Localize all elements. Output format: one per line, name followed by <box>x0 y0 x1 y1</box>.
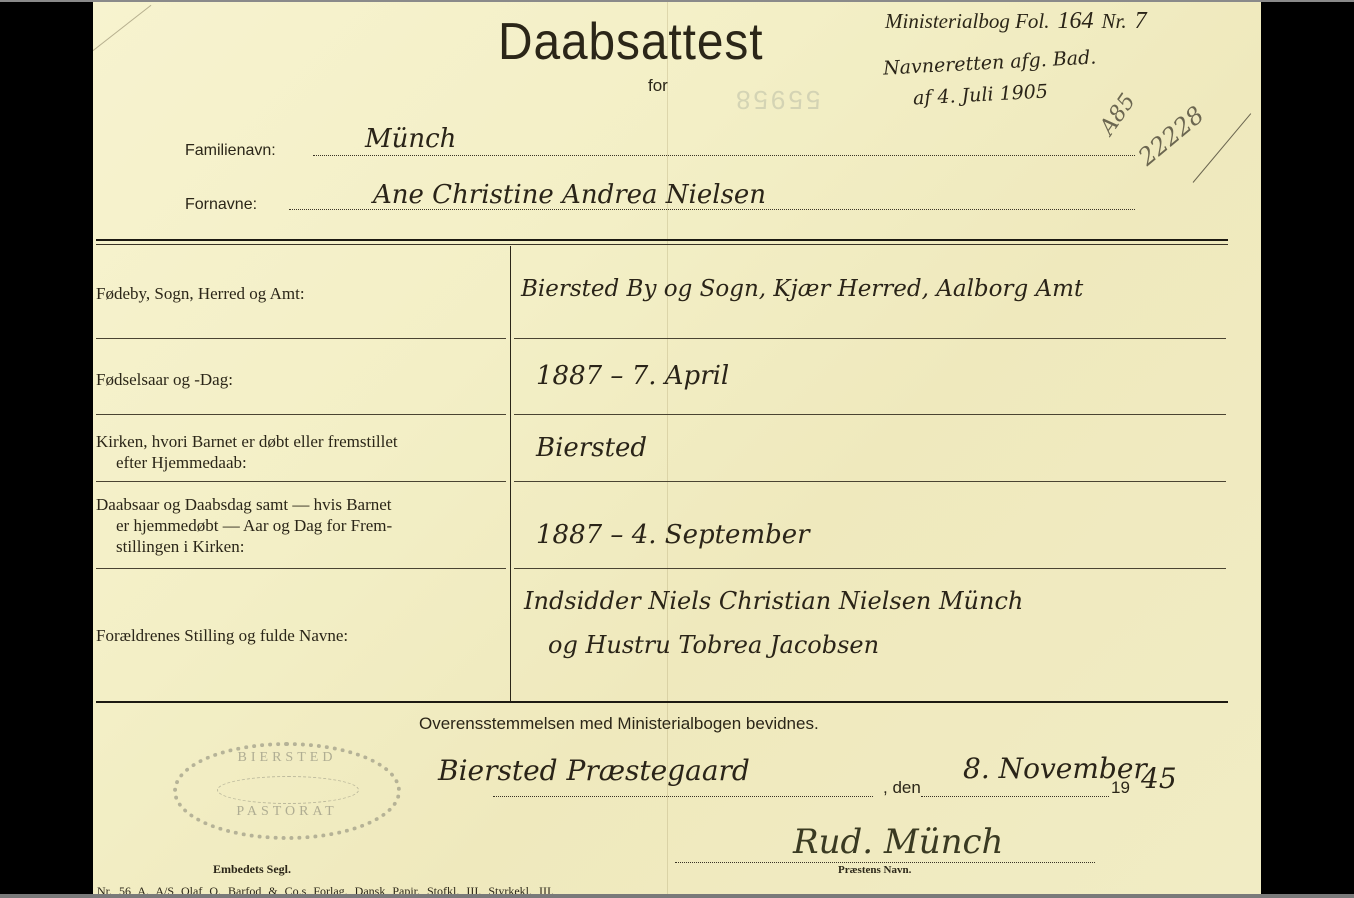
seal-bottom-text: PASTORAT <box>217 804 357 820</box>
ministerialbog-reference: Ministerialbog Fol.164Nr.7 <box>885 8 1155 35</box>
familienavn-dotted-line <box>313 155 1135 156</box>
folio-value: 164 <box>1058 8 1094 34</box>
confirmation-statement: Overensstemmelsen med Ministerialbogen b… <box>419 714 819 734</box>
nr-value: 7 <box>1135 8 1147 34</box>
row-value: Biersted By og Sogn, Kjær Herred, Aalbor… <box>521 276 1083 302</box>
pencil-note-a: A85 <box>1095 89 1141 139</box>
place-value: Biersted Præstegaard <box>438 754 750 787</box>
table-row-baptism-date: Daabsaar og Daabsdag samt — hvis Barnet … <box>96 482 1226 568</box>
row-value: Biersted <box>536 433 647 463</box>
den-label: , den <box>883 778 921 798</box>
signature-label: Præstens Navn. <box>838 864 911 876</box>
double-rule-thin <box>96 244 1228 245</box>
row-value-line1: Indsidder Niels Christian Nielsen Münch <box>524 587 1023 615</box>
row-label: Fødeby, Sogn, Herred og Amt: <box>96 283 504 304</box>
fornavne-label: Fornavne: <box>185 196 257 214</box>
table-row-birthdate: Fødselsaar og -Dag: 1887 – 7. April <box>96 339 1226 414</box>
year-prefix: 19 <box>1111 778 1130 798</box>
year-suffix: 45 <box>1141 762 1177 795</box>
document-title: Daabsattest <box>498 12 763 72</box>
row-value: 1887 – 7. April <box>536 361 729 391</box>
ghost-stamp-number: 55958 <box>733 84 820 115</box>
baptism-certificate: Daabsattest for 55958 Ministerialbog Fol… <box>93 2 1261 894</box>
official-seal-stamp: BIERSTED PASTORAT <box>173 742 401 840</box>
row-value: 1887 – 4. September <box>536 520 810 550</box>
row-value-line2: og Hustru Tobrea Jacobsen <box>548 631 879 659</box>
date-dotted-line <box>921 796 1109 797</box>
nr-label: Nr. <box>1102 9 1127 33</box>
row-label: Daabsaar og Daabsdag samt — hvis Barnet … <box>96 494 504 557</box>
handwritten-note-line1: Navneretten afg. Bad. <box>883 46 1097 79</box>
row-label: Fødselsaar og -Dag: <box>96 369 504 390</box>
signature-dotted-line <box>675 862 1095 863</box>
place-dotted-line <box>493 796 873 797</box>
seal-top-text: BIERSTED <box>217 750 357 766</box>
seal-inner-ring <box>217 776 359 804</box>
handwritten-note-line2: af 4. Juli 1905 <box>913 80 1049 109</box>
table-row-birthplace: Fødeby, Sogn, Herred og Amt: Biersted By… <box>96 246 1226 338</box>
seal-label: Embedets Segl. <box>213 862 291 877</box>
title-for: for <box>648 76 668 96</box>
image-frame-bottom <box>0 894 1354 898</box>
pencil-note-b: 22228 <box>1133 101 1209 172</box>
double-rule-thick <box>96 239 1228 241</box>
familienavn-value: Münch <box>365 124 456 154</box>
familienavn-label: Familienavn: <box>185 142 276 160</box>
table-row-church: Kirken, hvori Barnet er døbt eller frems… <box>96 415 1226 481</box>
table-row-parents: Forældrenes Stilling og fulde Navne: Ind… <box>96 569 1226 701</box>
row-label: Forældrenes Stilling og fulde Navne: <box>96 625 504 646</box>
table-bottom-rule <box>96 701 1228 703</box>
priest-signature: Rud. Münch <box>793 822 1003 862</box>
ministerialbog-label: Ministerialbog Fol. <box>885 9 1050 33</box>
row-label: Kirken, hvori Barnet er døbt eller frems… <box>96 431 504 473</box>
corner-crease <box>93 5 151 55</box>
certificate-table: Fødeby, Sogn, Herred og Amt: Biersted By… <box>96 246 1226 702</box>
fornavne-value: Ane Christine Andrea Nielsen <box>373 180 766 210</box>
printer-imprint: Nr. 56 A. A/S Olaf O. Barfod & Co.s Forl… <box>97 884 554 894</box>
